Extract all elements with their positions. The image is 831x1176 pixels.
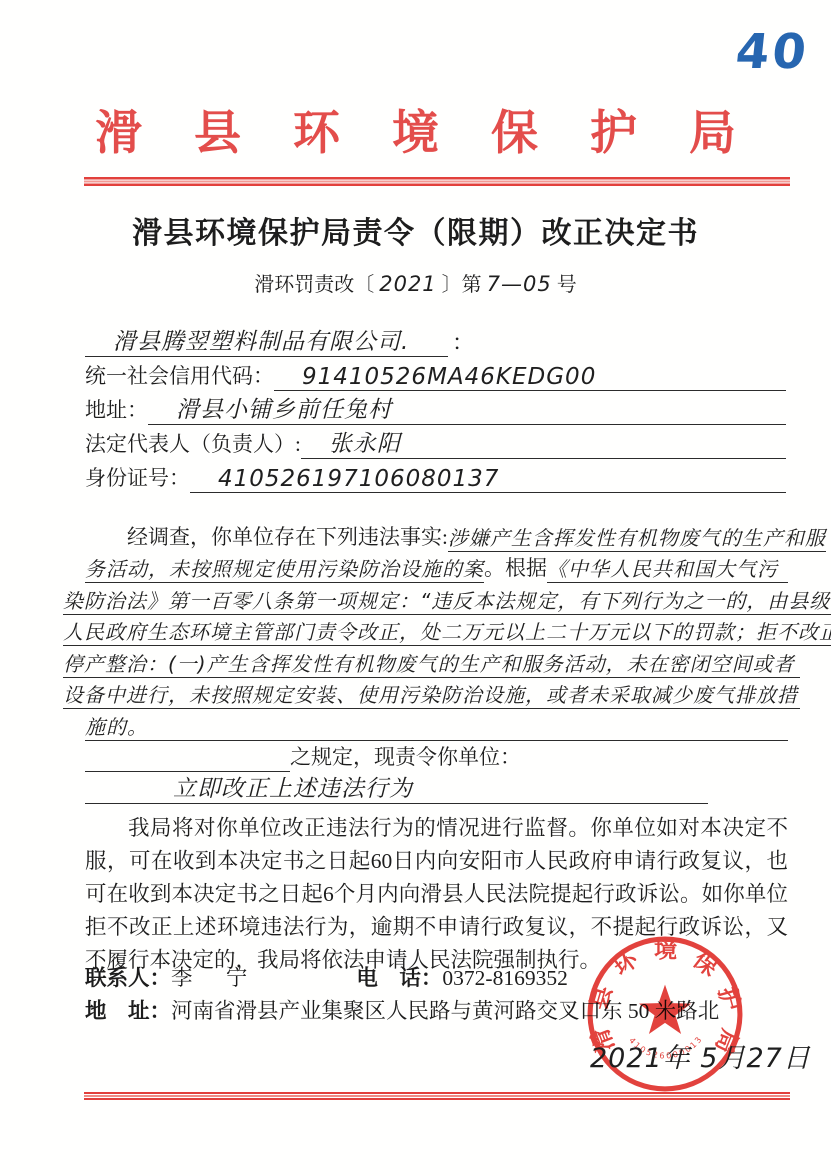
facts-line-1: 经调查，你单位存在下列违法事实: 涉嫌产生含挥发性有机物废气的生产和服 <box>85 520 788 552</box>
order-lead-text: 之规定，现责令你单位： <box>290 741 521 772</box>
letterhead: 滑县环境保护局 <box>0 96 831 163</box>
body-block: 经调查，你单位存在下列违法事实: 涉嫌产生含挥发性有机物废气的生产和服 务活动，… <box>85 520 788 977</box>
handwritten-line: 《中华人民共和国大气污 <box>547 553 788 583</box>
handwritten-line: 染防治法》第一百零八条第一项规定：“违反本法规定，有下列行为之一的，由县级以上 <box>63 585 831 615</box>
doc-no-prefix: 滑环罚责改〔 <box>254 274 374 296</box>
red-divider-bottom <box>84 1092 790 1100</box>
seal-star <box>639 985 691 1034</box>
field-label: 身份证号： <box>85 462 190 493</box>
contact-value: 李 宁 <box>171 962 261 995</box>
order-handwritten: 立即改正上述违法行为 <box>85 770 708 804</box>
red-divider-top <box>84 177 790 186</box>
law-line-4: 设备中进行，未按照规定安装、使用污染防治设施，或者未采取减少废气排放措 <box>63 678 800 710</box>
field-label: 法定代表人（负责人）: <box>85 428 301 459</box>
doc-no-serial-handwritten: 7—05 <box>487 272 552 296</box>
facts-intro: 经调查，你单位存在下列违法事实: <box>85 521 448 552</box>
basis-label: 。根据 <box>484 552 547 583</box>
doc-no-year-handwritten: 2021 <box>379 272 436 296</box>
facts-line-2: 务活动，未按照规定使用污染防治设施的案 。根据 《中华人民共和国大气污 <box>85 552 788 584</box>
doc-no-suffix: 号 <box>557 274 577 296</box>
law-line-2: 人民政府生态环境主管部门责令改正，处二万元以上二十万元以下的罚款；拒不改正的，责… <box>63 615 800 647</box>
handwritten-line: 停产整治：(一)产生含挥发性有机物废气的生产和服务活动，未在密闭空间或者 <box>63 648 800 678</box>
field-row-id-number: 身份证号： 410526197106080137 <box>85 459 786 493</box>
address-label: 地 址： <box>85 995 171 1028</box>
law-line-1: 染防治法》第一百零八条第一项规定：“违反本法规定，有下列行为之一的，由县级以上 <box>63 583 800 615</box>
issue-date-handwritten: 2021年 5月27日 <box>590 1036 811 1075</box>
field-value-handwritten: 410526197106080137 <box>190 466 786 493</box>
field-row-legal-rep: 法定代表人（负责人）: 张永阳 <box>85 425 786 459</box>
company-colon: ： <box>448 326 474 357</box>
phone-value: 0372-8169352 <box>442 962 567 995</box>
handwritten-line: 施的。 <box>85 711 788 741</box>
field-value-handwritten: 滑县小铺乡前任兔村 <box>148 391 786 425</box>
recipient-block: 滑县腾翌塑料制品有限公司. ： 统一社会信用代码： 91410526MA46KE… <box>85 320 786 493</box>
field-value-handwritten: 张永阳 <box>301 425 786 459</box>
doc-no-middle: 〕第 <box>442 274 482 296</box>
field-label: 统一社会信用代码： <box>85 360 274 391</box>
document-page: 40 滑县环境保护局 滑县环境保护局责令（限期）改正决定书 滑环罚责改〔 202… <box>0 0 831 1176</box>
handwritten-line: 设备中进行，未按照规定安装、使用污染防治设施，或者未采取减少废气排放措 <box>63 679 800 709</box>
field-row-credit-code: 统一社会信用代码： 91410526MA46KEDG00 <box>85 357 786 391</box>
spacer <box>261 962 356 995</box>
law-line-3: 停产整治：(一)产生含挥发性有机物废气的生产和服务活动，未在密闭空间或者 <box>63 646 800 678</box>
contact-label: 联系人： <box>85 962 171 995</box>
document-number: 滑环罚责改〔 2021 〕第 7—05 号 <box>0 268 831 297</box>
order-lead-line: 之规定，现责令你单位： <box>85 741 788 773</box>
field-row-address: 地址： 滑县小铺乡前任兔村 <box>85 391 786 425</box>
handwritten-line: 务活动，未按照规定使用污染防治设施的案 <box>85 553 484 583</box>
law-line-5: 施的。 <box>85 709 788 741</box>
document-title: 滑县环境保护局责令（限期）改正决定书 <box>0 208 831 252</box>
field-value-handwritten: 91410526MA46KEDG00 <box>274 364 786 391</box>
page-number: 40 <box>733 24 812 80</box>
agency-name: 滑县环境保护局 <box>95 96 788 163</box>
phone-label: 电 话： <box>356 962 442 995</box>
handwritten-line: 人民政府生态环境主管部门责令改正，处二万元以上二十万元以下的罚款；拒不改正的，责… <box>63 616 831 646</box>
recipient-company-row: 滑县腾翌塑料制品有限公司. ： <box>85 320 786 357</box>
order-line: 立即改正上述违法行为 <box>85 772 788 804</box>
handwritten-line: 涉嫌产生含挥发性有机物废气的生产和服 <box>448 522 826 552</box>
field-label: 地址： <box>85 394 148 425</box>
company-name-handwritten: 滑县腾翌塑料制品有限公司. <box>85 323 448 357</box>
